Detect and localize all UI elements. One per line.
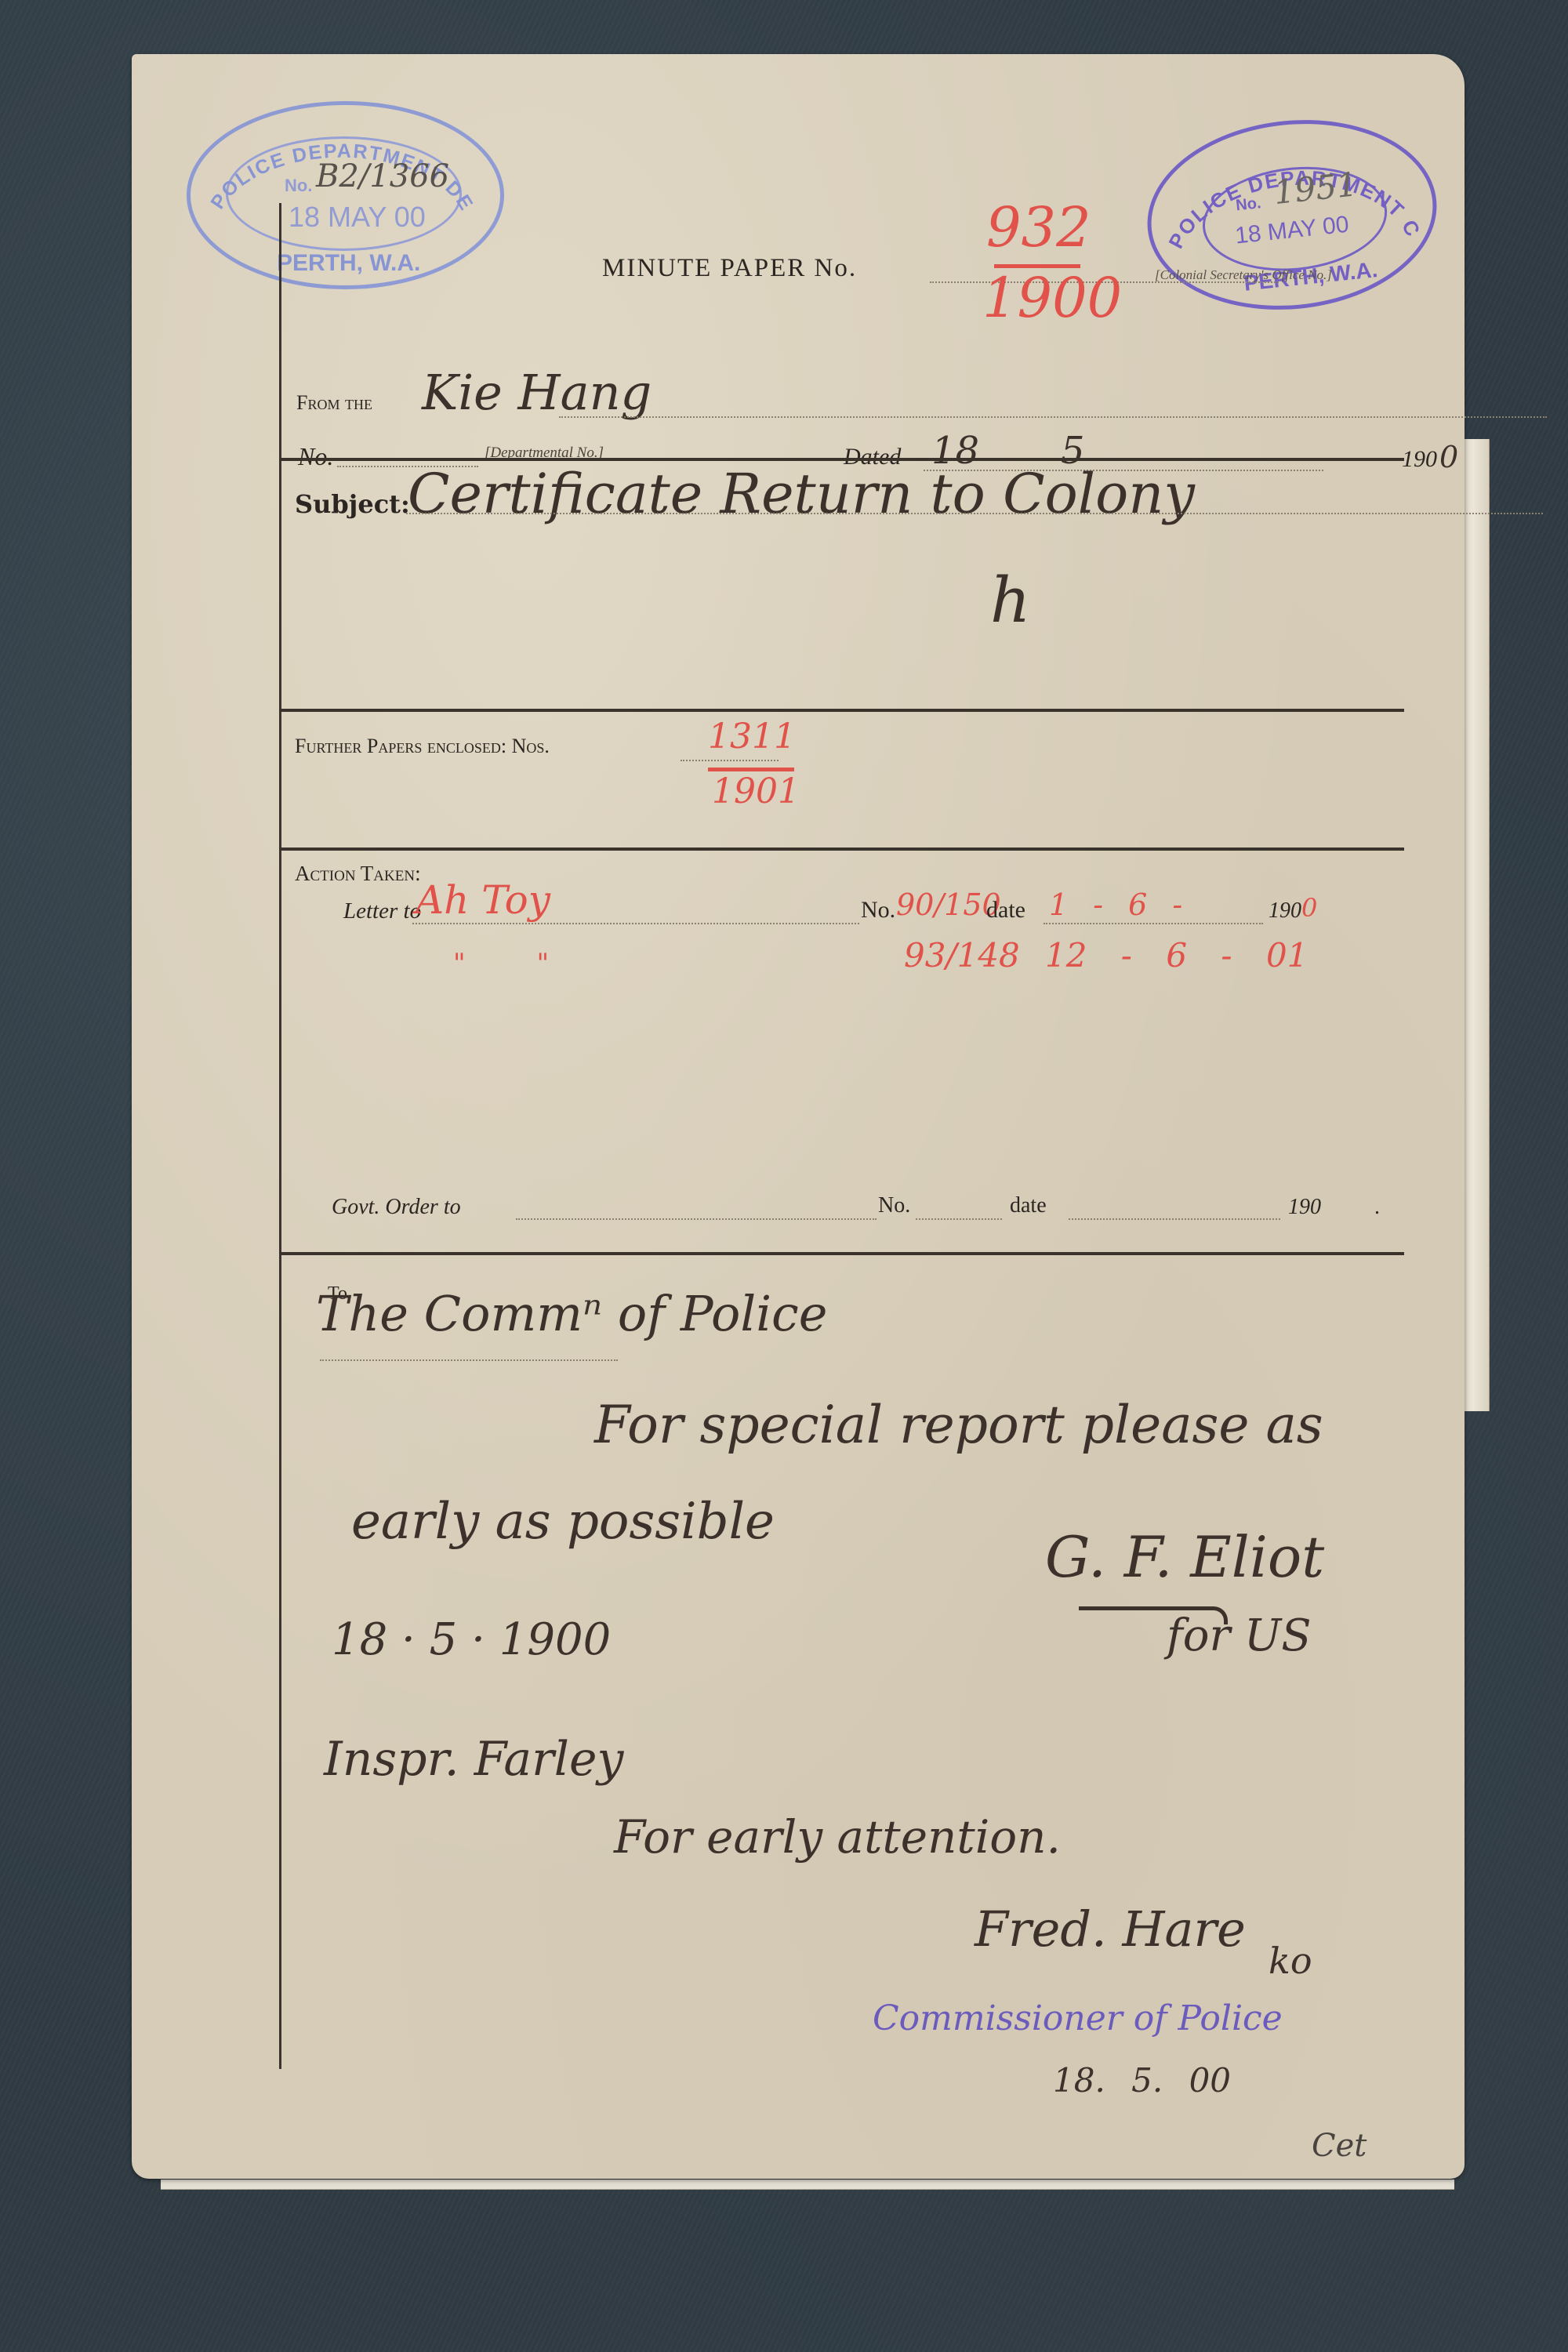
underlying-sheet-bottom	[161, 2180, 1454, 2190]
letter-date-line	[1044, 923, 1263, 924]
divider-rule-1	[279, 458, 1404, 461]
subject-line	[406, 513, 1543, 514]
letter-date-value: 1 - 6 -	[1049, 887, 1182, 922]
govt-no-label: No.	[878, 1193, 910, 1218]
govt-year-printed: 190	[1288, 1195, 1321, 1220]
from-line	[559, 416, 1547, 418]
letter-year-printed: 190	[1269, 898, 1301, 924]
minute-paper-sheet: POLICE DEPARTMENT DETECTIVE OFFICE No. B…	[132, 54, 1465, 2179]
left-margin-rule	[279, 203, 281, 2069]
divider-rule-4	[279, 1252, 1404, 1255]
second-to: Inspr. Farley	[324, 1732, 623, 1787]
detective-office-stamp: POLICE DEPARTMENT DETECTIVE OFFICE No. B…	[187, 101, 504, 289]
second-letter-ditto: " "	[453, 948, 580, 979]
letter-no-label: No.	[861, 897, 895, 924]
minute-line-1: For special report please as	[594, 1395, 1323, 1455]
letter-to-line	[412, 923, 859, 924]
govt-order-line	[516, 1218, 877, 1220]
commissioner-stamp: Commissioner of Police	[873, 1998, 1283, 2038]
dated-year-printed: 190	[1402, 446, 1437, 473]
minute-signature: G. F. Eliot	[1045, 1524, 1324, 1590]
to-value: The Commⁿ of Police	[316, 1285, 827, 1342]
further-papers-value-bottom: 1901	[712, 771, 800, 811]
form-title: MINUTE PAPER No.	[602, 254, 857, 283]
subject-initial: h	[990, 564, 1031, 637]
detective-stamp-no-label: No.	[285, 176, 312, 196]
divider-rule-3	[279, 848, 1404, 851]
colonial-secretary-label: [Colonial Secretary's Office No.]	[1155, 267, 1332, 283]
action-taken-label: Action Taken:	[295, 862, 421, 886]
subject-value: Certificate Return to Colony	[408, 462, 1195, 526]
govt-date-label: date	[1010, 1193, 1047, 1218]
letter-to-value: Ah Toy	[416, 877, 550, 923]
letter-year-hand: 0	[1301, 893, 1317, 923]
govt-no-line	[916, 1218, 1002, 1220]
minute-line-2: early as possible	[351, 1493, 775, 1551]
further-papers-label: Further Papers enclosed: Nos.	[295, 735, 550, 758]
underlying-pages-edge	[1462, 439, 1490, 1411]
chief-stamp-no-label: No.	[1235, 194, 1261, 215]
further-papers-value-top: 1311	[708, 717, 796, 757]
corner-note: Cet	[1312, 2128, 1367, 2164]
second-letter-no-value: 93/148	[904, 936, 1020, 975]
second-signature: Fred. Hare	[975, 1900, 1246, 1958]
second-letter-date-value: 12 - 6 - 01	[1045, 936, 1308, 975]
from-value: Kie Hang	[422, 364, 652, 421]
from-label: From the	[296, 391, 372, 415]
letter-no-value: 90/150	[896, 887, 1001, 922]
letter-to-label: Letter to	[343, 898, 421, 924]
minute-signature-sub: for US	[1167, 1610, 1312, 1661]
second-minute: For early attention.	[614, 1810, 1061, 1864]
letter-date-label: date	[986, 897, 1025, 924]
detective-stamp-date: 18 MAY 00	[289, 201, 426, 234]
second-date: 18. 5. 00	[1053, 2061, 1231, 2100]
detective-stamp-no-value: B2/1366	[316, 158, 449, 194]
divider-rule-2	[279, 709, 1404, 712]
minute-paper-number-bottom: 1900	[982, 266, 1122, 330]
minute-date: 18 · 5 · 1900	[332, 1614, 611, 1665]
second-signature-suffix: ko	[1269, 1940, 1312, 1982]
to-line	[320, 1359, 618, 1361]
minute-paper-number-top: 932	[986, 195, 1091, 260]
govt-year-period: .	[1374, 1195, 1380, 1220]
further-papers-line	[681, 760, 779, 761]
dated-year-hand: 0	[1439, 440, 1458, 474]
govt-date-line	[1069, 1218, 1280, 1220]
chief-office-stamp: POLICE DEPARTMENT CHIEF OFFICE No. 1951 …	[1138, 106, 1446, 323]
no-label: No.	[298, 442, 333, 471]
govt-order-label: Govt. Order to	[332, 1195, 461, 1220]
detective-stamp-location: PERTH, W.A.	[277, 250, 420, 277]
subject-label: Subject:	[295, 489, 410, 519]
